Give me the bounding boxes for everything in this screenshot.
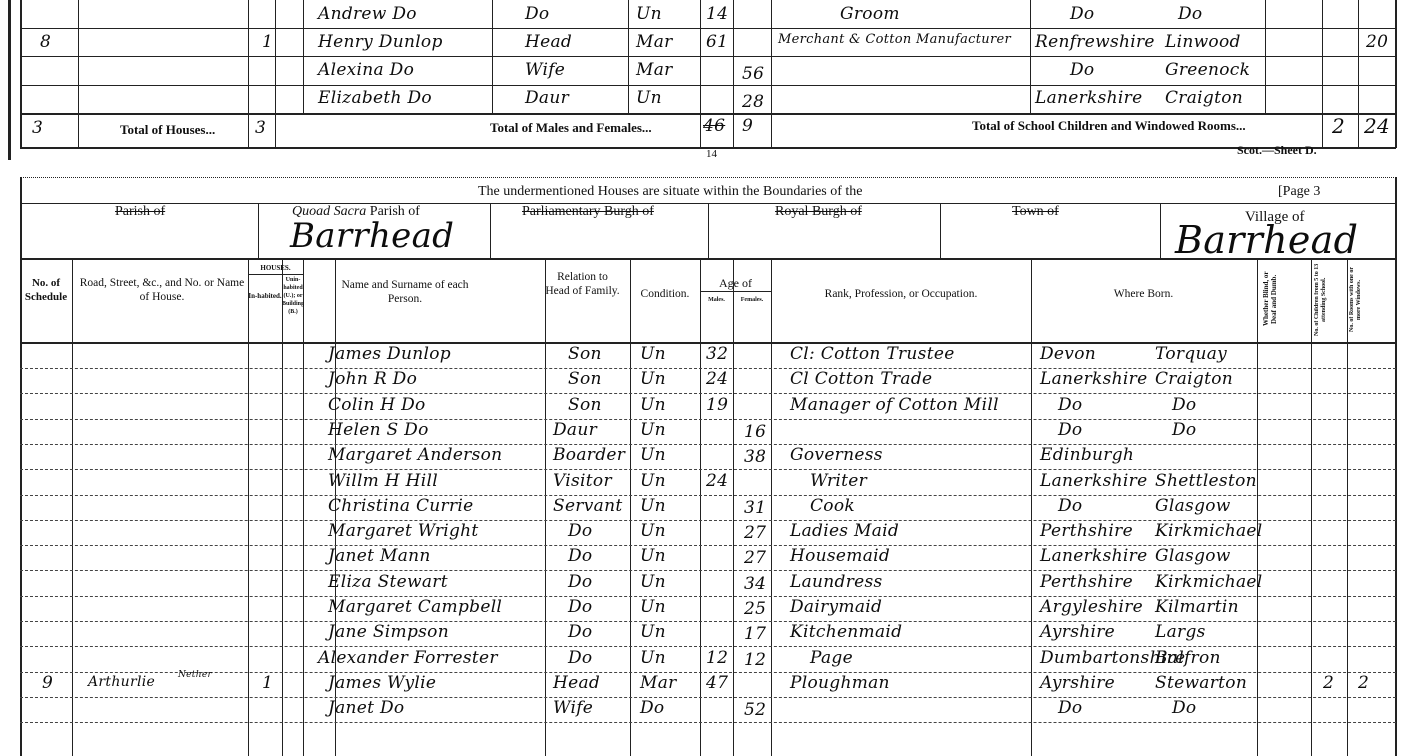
person-name: Willm H Hill [328, 471, 438, 491]
born-place: Glasgow [1155, 496, 1231, 516]
person-name: Henry Dunlop [318, 32, 443, 52]
age-male: 47 [706, 673, 728, 693]
col-occupation: Rank, Profession, or Occupation. [773, 287, 1029, 301]
census-page: The undermentioned Houses are situate wi… [0, 172, 1407, 756]
born-place: Craigton [1155, 369, 1233, 389]
condition: Un [640, 471, 666, 491]
relation: Head [525, 32, 572, 52]
age-male: 14 [706, 4, 728, 24]
age-male: 24 [706, 471, 728, 491]
condition: Un [640, 369, 666, 389]
born-county: Ayrshire [1040, 622, 1115, 642]
relation: Son [568, 369, 602, 389]
boundary-town-label: Town of [1012, 204, 1059, 220]
person-name: Janet Do [328, 698, 404, 718]
born-place: Kirkmichael [1155, 572, 1263, 592]
born-place: Do [1172, 698, 1196, 718]
person-name: Helen S Do [328, 420, 429, 440]
born-place: Shettleston [1155, 471, 1257, 491]
born-place: Do [1172, 395, 1196, 415]
occupation: Laundress [790, 572, 883, 592]
condition: Un [640, 622, 666, 642]
age-male: 61 [706, 32, 728, 52]
row-divider [20, 444, 1396, 445]
relation: Son [568, 395, 602, 415]
total-males: 46 [703, 116, 725, 136]
person-name: Christina Currie [328, 496, 474, 516]
age-female: 12 [744, 650, 766, 670]
occupation: Dairymaid [790, 597, 882, 617]
condition: Un [640, 597, 666, 617]
born-county: Devon [1040, 344, 1096, 364]
relation: Daur [525, 88, 569, 108]
schedule-number: 9 [42, 673, 53, 693]
column-divider [733, 258, 734, 756]
occupation: Kitchenmaid [790, 622, 902, 642]
col-blind-deaf: Whether Blind, or Deaf and Dumb. [1262, 264, 1290, 334]
born-place: Stewarton [1155, 673, 1247, 693]
born-place: Linwood [1165, 32, 1241, 52]
occupation: Housemaid [790, 546, 890, 566]
person-name: Alexander Forrester [318, 648, 498, 668]
previous-sheet-fragment: Andrew DoDoUn14GroomDoDo81Henry DunlopHe… [0, 0, 1407, 165]
person-name: Jane Simpson [328, 622, 449, 642]
col-school-children: No. of Children from 5 to 13 attending S… [1314, 262, 1346, 337]
occupation: Groom [840, 4, 900, 24]
born-county: Renfrewshire [1035, 32, 1155, 52]
col-females: Females. [733, 296, 771, 304]
born-place: Kilmartin [1155, 597, 1239, 617]
occupation: Merchant & Cotton Manufacturer [778, 32, 1011, 47]
person-name: James Dunlop [328, 344, 451, 364]
occupation: Manager of Cotton Mill [790, 395, 999, 415]
relation: Do [568, 597, 592, 617]
person-name: Margaret Wright [328, 521, 479, 541]
age-female: 38 [744, 447, 766, 467]
born-county: Do [1058, 496, 1082, 516]
sheet-label: Scot.—Sheet D. [1237, 143, 1317, 158]
age-female: 31 [744, 498, 766, 518]
person-name: James Wylie [328, 673, 436, 693]
born-county: Ayrshire [1040, 673, 1115, 693]
born-county: Edinburgh [1040, 445, 1134, 465]
row-divider [20, 722, 1396, 723]
born-place: Torquay [1155, 344, 1227, 364]
born-county: Lanerkshire [1040, 471, 1147, 491]
column-divider [72, 258, 73, 756]
relation: Boarder [553, 445, 625, 465]
age-female: 27 [744, 523, 766, 543]
age-male: 32 [706, 344, 728, 364]
born-county: Do [1070, 60, 1094, 80]
condition: Un [636, 88, 662, 108]
born-place: Greenock [1165, 60, 1250, 80]
born-county: Lanerkshire [1040, 546, 1147, 566]
col-windowed-rooms: No. of Rooms with one or more Windows. [1349, 262, 1383, 337]
condition: Mar [636, 32, 673, 52]
occupation: Cook [810, 496, 855, 516]
born-county: Perthshire [1040, 572, 1133, 592]
schedule-number: 8 [40, 32, 51, 52]
person-name: Andrew Do [318, 4, 417, 24]
condition: Mar [636, 60, 673, 80]
born-place: Balfron [1155, 648, 1221, 668]
born-county: Perthshire [1040, 521, 1133, 541]
boundary-parliamentary-burgh-label: Parliamentary Burgh of [522, 204, 654, 220]
born-county: Do [1058, 420, 1082, 440]
school-children: 2 [1323, 673, 1334, 693]
occupation: Ladies Maid [790, 521, 899, 541]
born-county: Lanerkshire [1040, 369, 1147, 389]
column-divider [1031, 258, 1032, 756]
margin-note: 14 [706, 148, 717, 160]
occupation: Page [810, 648, 853, 668]
total-houses-value: 3 [255, 118, 266, 138]
relation: Daur [553, 420, 597, 440]
condition: Un [636, 4, 662, 24]
age-female: 52 [744, 700, 766, 720]
col-relation: Relation to Head of Family. [545, 270, 620, 298]
occupation: Cl Cotton Trade [790, 369, 932, 389]
col-name: Name and Surname of each Person. [335, 278, 475, 306]
age-male: 19 [706, 395, 728, 415]
column-divider [248, 258, 249, 756]
total-males-females-label: Total of Males and Females... [490, 120, 652, 136]
age-female: 56 [742, 64, 764, 84]
age-female: 17 [744, 624, 766, 644]
born-county: Do [1070, 4, 1094, 24]
col-age: Age of [700, 276, 771, 290]
born-place: Largs [1155, 622, 1206, 642]
condition: Un [640, 521, 666, 541]
col-schedule: No. of Schedule [22, 276, 70, 304]
inhabited-count: 1 [262, 32, 273, 52]
person-name: Elizabeth Do [318, 88, 432, 108]
windowed-rooms: 20 [1366, 32, 1388, 52]
inhabited-count: 1 [262, 673, 273, 693]
column-divider [771, 258, 772, 756]
relation: Wife [525, 60, 565, 80]
relation: Servant [553, 496, 622, 516]
occupation: Governess [790, 445, 883, 465]
age-male: 24 [706, 369, 728, 389]
boundary-quoad-sacra-value: Barrhead [290, 216, 454, 256]
relation: Wife [553, 698, 593, 718]
relation: Son [568, 344, 602, 364]
condition: Do [640, 698, 664, 718]
age-female: 34 [744, 574, 766, 594]
born-county: Lanerkshire [1035, 88, 1142, 108]
total-windowed-rooms: 24 [1364, 114, 1390, 138]
person-name: Eliza Stewart [328, 572, 448, 592]
col-condition: Condition. [630, 287, 700, 301]
col-uninhabited: Unin-habited (U.); or Building (B.) [282, 276, 304, 316]
houses-count-handwritten: 3 [32, 118, 43, 138]
condition: Un [640, 445, 666, 465]
born-county: Argyleshire [1040, 597, 1143, 617]
condition: Un [640, 344, 666, 364]
relation: Do [568, 521, 592, 541]
windowed-rooms: 2 [1358, 673, 1369, 693]
col-males: Males. [700, 296, 733, 304]
road-name: Arthurlie [88, 674, 155, 690]
relation: Visitor [553, 471, 612, 491]
occupation: Ploughman [790, 673, 890, 693]
condition: Un [640, 395, 666, 415]
column-divider [1311, 258, 1312, 756]
occupation: Writer [810, 471, 867, 491]
col-born: Where Born. [1031, 287, 1256, 301]
born-place: Do [1178, 4, 1202, 24]
person-name: Margaret Campbell [328, 597, 502, 617]
relation: Do [568, 546, 592, 566]
person-name: Alexina Do [318, 60, 414, 80]
boundary-parish-label: Parish of [115, 204, 165, 220]
relation: Do [568, 572, 592, 592]
age-female: 25 [744, 599, 766, 619]
condition: Mar [640, 673, 677, 693]
born-place: Kirkmichael [1155, 521, 1263, 541]
age-male: 12 [706, 648, 728, 668]
column-divider [700, 258, 701, 756]
born-place: Glasgow [1155, 546, 1231, 566]
born-county: Do [1058, 698, 1082, 718]
col-road: Road, Street, &c., and No. or Name of Ho… [78, 276, 246, 304]
age-female: 28 [742, 92, 764, 112]
total-school-children: 2 [1332, 114, 1345, 138]
relation: Do [525, 4, 549, 24]
born-place: Do [1172, 420, 1196, 440]
total-school-rooms-label: Total of School Children and Windowed Ro… [972, 118, 1246, 134]
total-females: 9 [742, 116, 753, 136]
condition: Un [640, 648, 666, 668]
road-note: Nether [178, 670, 212, 680]
column-divider [303, 258, 304, 756]
born-place: Craigton [1165, 88, 1243, 108]
boundary-village-value: Barrhead [1175, 218, 1358, 262]
person-name: Colin H Do [328, 395, 426, 415]
condition: Un [640, 420, 666, 440]
person-name: John R Do [328, 369, 417, 389]
age-female: 27 [744, 548, 766, 568]
col-inhabited: In-habited. [248, 292, 282, 300]
occupation: Cl: Cotton Trustee [790, 344, 955, 364]
page-number: [Page 3 [1278, 184, 1320, 200]
person-name: Janet Mann [328, 546, 431, 566]
condition: Un [640, 572, 666, 592]
relation: Head [553, 673, 600, 693]
condition: Un [640, 496, 666, 516]
boundary-royal-burgh-label: Royal Burgh of [775, 204, 862, 220]
column-divider [1347, 258, 1348, 756]
age-female: 16 [744, 422, 766, 442]
relation: Do [568, 622, 592, 642]
relation: Do [568, 648, 592, 668]
column-divider [1257, 258, 1258, 756]
condition: Un [640, 546, 666, 566]
born-county: Do [1058, 395, 1082, 415]
column-divider [630, 258, 631, 756]
column-divider [545, 258, 546, 756]
col-houses: HOUSES. [248, 264, 303, 272]
intro-text: The undermentioned Houses are situate wi… [478, 184, 863, 200]
person-name: Margaret Anderson [328, 445, 502, 465]
total-houses-label: Total of Houses... [120, 122, 215, 138]
column-divider [282, 258, 283, 756]
